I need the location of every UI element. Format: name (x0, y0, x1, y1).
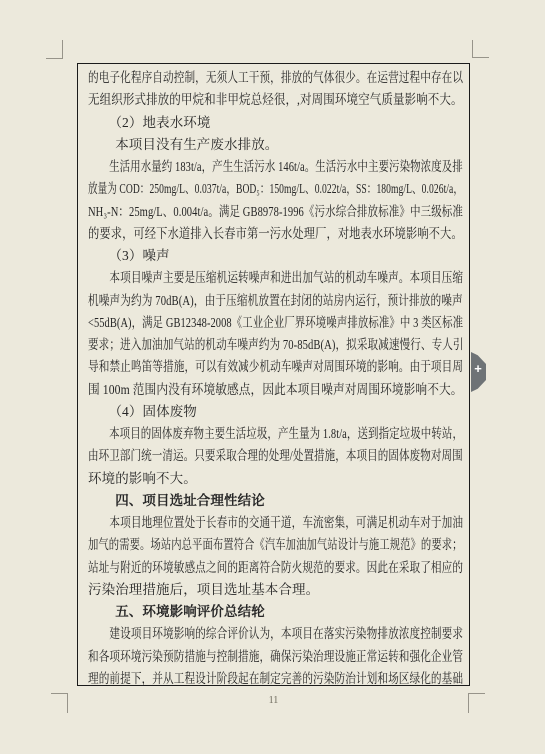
text-line: （2）地表水环境 (88, 112, 463, 134)
text-line: 由环卫部门统一清运。只要采取合理的处理/处置措施，本项目的固体废物对周围 (88, 445, 381, 467)
text-frame: 的电子化程序自动控制，无须人工干预，排放的气体很少。在运营过程中存在以 无组织形… (77, 63, 470, 686)
text-line: 污染治理措施后，项目选址基本合理。 (88, 579, 463, 601)
text-line: 建设项目环境影响的综合评价认为，本项目在落实污染物排放浓度控制要求 (88, 623, 384, 645)
text-line: 的要求，可经下水道排入长春市第一污水处理厂，对地表水环境影响不大。 (88, 223, 401, 245)
section-heading-line: 五、环境影响评价总结轮 (88, 601, 463, 623)
text-line: 围 100m 范围内没有环境敏感点，因此本项目噪声对周围环境影响不大。 (88, 379, 413, 401)
text-line: 理的前提下，并从工程设计阶段起在制定完善的污染防治计划和场区绿化的基础 (88, 668, 384, 690)
text-line: （3）噪声 (88, 245, 463, 267)
text-line: <55dB(A)，满足 GB12348-2008《工业企业厂界环境噪声排放标准》… (88, 312, 378, 334)
text-line: （4）固体废物 (88, 401, 463, 423)
text-line: 和各项环境污染预防措施与控制措施，确保污染治理设施正常运转和强化企业管 (88, 646, 384, 668)
document-page: 的电子化程序自动控制，无须人工干预，排放的气体很少。在运营过程中存在以 无组织形… (0, 0, 545, 754)
text-line: 站址与附近的环境敏感点之间的距离符合防火规范的要求。因此在采取了相应的 (88, 557, 384, 579)
text-line: 导和禁止鸣笛等措施，可以有效减少机动车噪声对周围环境的影响。由于项目周 (88, 356, 384, 378)
text-line: 本项目地理位置处于长春市的交通干道，车流密集，可满足机动车对于加油 (88, 512, 384, 534)
text-line: 环境的影响不大。 (88, 468, 463, 490)
text-line: 本项目的固体废弃物主要生活垃圾，产生量为 1.8t/a，送到指定垃圾中转站， (88, 423, 379, 445)
text-line: 加气的需要。场站内总平面布置符合《汽车加油加气站设计与施工规范》的要求； (88, 534, 375, 556)
text-line: 要求；进入加油加气站的机动车噪声约为 70-85dB(A)，拟采取减速慢行、专人… (88, 334, 382, 356)
text-line: 本项目没有生产废水排放。 (88, 134, 463, 156)
plus-icon: + (472, 362, 484, 375)
text-line: 放量为 COD：250mg/L、0.037t/a，BOD₅：150mg/L、0.… (88, 178, 354, 200)
crop-mark-top-right (472, 40, 489, 58)
text-line: 无组织形式排放的甲烷和非甲烷总烃很，,对周围环境空气质量影响不大。 (88, 89, 408, 111)
page-number: 11 (77, 695, 470, 706)
scroll-plus-handle[interactable]: + (471, 352, 486, 392)
crop-mark-bottom-left (51, 693, 68, 713)
section-heading-line: 四、项目选址合理性结论 (88, 490, 463, 512)
crop-mark-top-left (46, 40, 63, 59)
text-line: 本项目噪声主要是压缩机运转噪声和进出加气站的机动车噪声。本项目压缩 (88, 267, 384, 289)
text-line: 机噪声为约为 70dB(A)，由于压缩机放置在封闭的站房内运行，预计排放的噪声 (88, 290, 385, 312)
crop-mark-bottom-right (468, 693, 485, 713)
text-line: 生活用水量约 183t/a，产生生活污水 146t/a。生活污水中主要污染物浓度… (88, 156, 379, 178)
text-line: 的电子化程序自动控制，无须人工干预，排放的气体很少。在运营过程中存在以 (88, 67, 384, 89)
text-line: NH₃-N：25mg/L、0.004t/a。满足 GB8978-1996《污水综… (88, 201, 381, 223)
